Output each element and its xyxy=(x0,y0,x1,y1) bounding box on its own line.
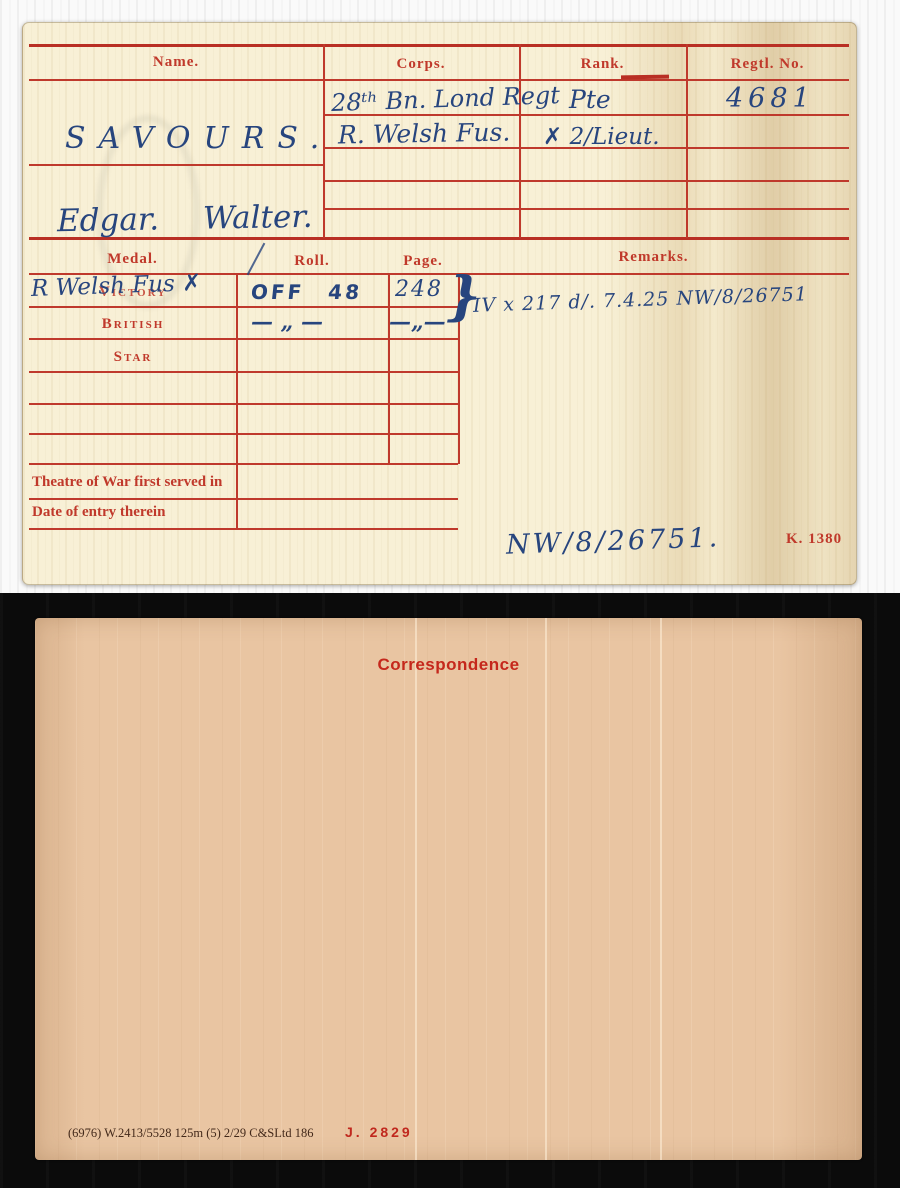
page-entry-british: —„— xyxy=(389,309,446,335)
regtl-no-entry-1: 4681 xyxy=(726,83,815,114)
card-crease xyxy=(660,618,662,1160)
printer-code: (6976) W.2413/5528 125m (5) 2/29 C&SLtd … xyxy=(68,1126,314,1141)
rank-entry-1: Pte xyxy=(569,85,611,114)
column-header-remarks: Remarks. xyxy=(458,249,849,266)
rule-medal-row-6 xyxy=(29,463,458,465)
rule-medal-row-5 xyxy=(29,433,458,435)
medal-card-front: Name. Corps. Rank. Regtl. No. SAVOURS. E… xyxy=(22,22,857,585)
forenames-handwritten: Edgar. Walter. xyxy=(57,199,313,239)
theatre-of-war-label: Theatre of War first served in xyxy=(32,474,222,491)
rule-medal-row-2 xyxy=(29,338,458,340)
column-header-name: Name. xyxy=(29,54,323,71)
medal-card-back: Correspondence (6976) W.2413/5528 125m (… xyxy=(35,618,862,1160)
rule-service-row-3 xyxy=(323,180,849,182)
column-header-corps: Corps. xyxy=(323,56,519,73)
job-code: J. 2829 xyxy=(345,1124,413,1140)
medal-label-british: British xyxy=(53,316,213,333)
form-code: K. 1380 xyxy=(786,531,842,548)
rule-top-border xyxy=(29,44,849,47)
surname-handwritten: SAVOURS. xyxy=(65,121,332,156)
rule-bold-retrace xyxy=(621,75,669,80)
rule-date-row xyxy=(29,528,458,530)
rule-rank-regtl-divider xyxy=(686,44,688,238)
rule-theatre-row xyxy=(29,498,458,500)
rule-medal-roll-divider xyxy=(236,273,238,528)
rule-medal-row-1 xyxy=(29,306,458,308)
card-crease xyxy=(545,618,547,1160)
roll-entry-victory: OFF 48 xyxy=(250,280,364,304)
rule-name-row xyxy=(29,164,325,166)
rule-roll-page-divider xyxy=(388,273,390,464)
rule-service-row-4 xyxy=(323,208,849,210)
medal-label-star: Star xyxy=(53,349,213,366)
rule-medal-row-4 xyxy=(29,403,458,405)
reference-number-handwritten: NW/8/26751. xyxy=(506,522,721,560)
medal-index-card-scan: Name. Corps. Rank. Regtl. No. SAVOURS. E… xyxy=(0,0,900,1188)
rank-entry-2: ✗ 2/Lieut. xyxy=(543,124,660,150)
rule-medal-row-3 xyxy=(29,371,458,373)
date-of-entry-label: Date of entry therein xyxy=(32,504,165,521)
remarks-handwritten: IV x 217 d/. 7.4.25 NW/8/26751 xyxy=(473,283,809,317)
corps-entry-1: 28ᵗʰ Bn. Lond Regt xyxy=(331,81,561,117)
card-crease xyxy=(415,618,417,1160)
page-entry-victory: 248 xyxy=(395,277,443,302)
rule-corps-rank-divider xyxy=(519,44,521,238)
column-header-regtl-no: Regtl. No. xyxy=(686,56,849,73)
correspondence-title: Correspondence xyxy=(35,655,862,675)
rule-under-headers xyxy=(29,79,849,81)
column-header-medal: Medal. xyxy=(29,251,236,268)
corps-entry-2: R. Welsh Fus. xyxy=(338,117,511,149)
roll-entry-british: — „ — xyxy=(251,309,323,335)
column-header-rank: Rank. xyxy=(519,56,686,73)
